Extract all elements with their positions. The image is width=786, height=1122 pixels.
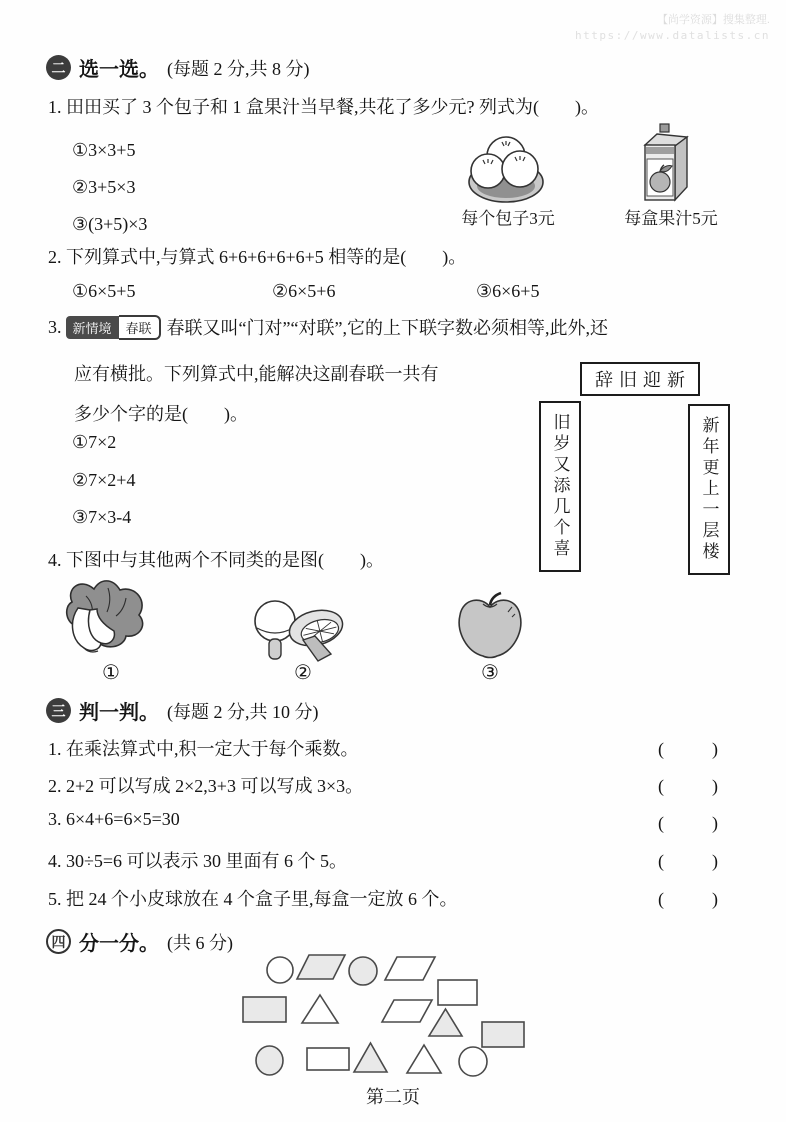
figure-shape-parallelogram bbox=[384, 956, 436, 981]
choice-q1-text: 1. 田田买了 3 个包子和 1 盒果汁当早餐,共花了多少元? 列式为( )。 bbox=[48, 93, 599, 119]
section-three-number-icon: 三 bbox=[46, 698, 71, 723]
worksheet-page: 【尚学资源】搜集整理. https://www.datalists.cn 二 选… bbox=[0, 0, 786, 1122]
choice-q1-option-1: ①3×3+5 bbox=[72, 140, 135, 161]
juice-box-illustration bbox=[636, 121, 696, 205]
watermark: 【尚学资源】搜集整理. https://www.datalists.cn bbox=[575, 12, 770, 44]
figure-shape-circle bbox=[348, 956, 378, 986]
watermark-source: 【尚学资源】搜集整理. bbox=[575, 12, 770, 28]
figure-shape-rect bbox=[306, 1047, 350, 1071]
section-judge-header: 三 判一判。 (每题 2 分,共 10 分) bbox=[46, 696, 319, 725]
section-two-number-icon: 二 bbox=[46, 55, 71, 80]
topic-badge: 春联 bbox=[119, 315, 161, 340]
figure-shape-triangle bbox=[406, 1044, 442, 1074]
choice-q3-option-2: ②7×2+4 bbox=[72, 470, 135, 491]
figure-shape-rect bbox=[242, 996, 287, 1023]
choice-q4-text: 4. 下图中与其他两个不同类的是图( )。 bbox=[48, 546, 384, 572]
section-sort-score: (共 6 分) bbox=[167, 929, 233, 955]
choice-q3-line1: 3. 新情境 春联 春联又叫“门对”“对联”,它的上下联字数必须相等,此外,还 bbox=[48, 314, 608, 340]
section-sort-header: 四 分一分。 (共 6 分) bbox=[46, 927, 233, 956]
couplet-horizontal-scroll: 辞旧迎新 bbox=[580, 362, 700, 396]
choice-q1-option-2: ②3+5×3 bbox=[72, 177, 135, 198]
couplet-right-line: 新年更上一层楼 bbox=[688, 404, 730, 575]
section-choice-header: 二 选一选。 (每题 2 分,共 8 分) bbox=[46, 53, 310, 82]
figure-shape-rect bbox=[481, 1021, 525, 1048]
judge-answer-bracket-5: ( ) bbox=[658, 885, 722, 911]
figure-shape-triangle bbox=[353, 1042, 388, 1073]
judge-answer-bracket-4: ( ) bbox=[658, 847, 722, 873]
section-judge-title: 判一判。 bbox=[79, 696, 159, 725]
section-four-number-icon: 四 bbox=[46, 929, 71, 954]
figure-shape-ellipse bbox=[458, 1046, 488, 1077]
judge-item-2: 2. 2+2 可以写成 2×2,3+3 可以写成 3×3。 bbox=[48, 772, 363, 798]
judge-answer-bracket-2: ( ) bbox=[658, 772, 722, 798]
mushrooms-illustration bbox=[248, 598, 350, 664]
section-choice-title: 选一选。 bbox=[79, 53, 159, 82]
cabbage-illustration bbox=[62, 576, 154, 660]
figure-shape-circle bbox=[266, 956, 294, 984]
bun-price-caption: 每个包子3元 bbox=[446, 204, 570, 229]
couplet-left-line: 旧岁又添几个喜 bbox=[539, 401, 581, 572]
page-number: 第二页 bbox=[0, 1083, 786, 1109]
choice-q3-option-1: ①7×2 bbox=[72, 432, 116, 453]
judge-item-3: 3. 6×4+6=6×5=30 bbox=[48, 809, 180, 830]
choice-q2-option-2: ②6×5+6 bbox=[272, 281, 335, 302]
judge-item-4: 4. 30÷5=6 可以表示 30 里面有 6 个 5。 bbox=[48, 847, 347, 873]
choice-q2-text: 2. 下列算式中,与算式 6+6+6+6+6+5 相等的是( )。 bbox=[48, 243, 466, 269]
new-context-badge: 新情境 bbox=[66, 316, 119, 339]
judge-answer-bracket-3: ( ) bbox=[658, 809, 722, 835]
section-choice-score: (每题 2 分,共 8 分) bbox=[167, 55, 310, 81]
section-sort-title: 分一分。 bbox=[79, 927, 159, 956]
choice-q2-option-1: ①6×5+5 bbox=[72, 281, 135, 302]
judge-item-5: 5. 把 24 个小皮球放在 4 个盒子里,每盒一定放 6 个。 bbox=[48, 885, 458, 911]
choice-q4-label-2: ② bbox=[288, 660, 318, 685]
figure-shape-triangle bbox=[301, 994, 339, 1024]
figure-shape-circle bbox=[255, 1045, 284, 1076]
steamed-buns-illustration bbox=[466, 130, 546, 206]
choice-q3-line1-text: 春联又叫“门对”“对联”,它的上下联字数必须相等,此外,还 bbox=[167, 314, 608, 340]
choice-q3-option-3: ③7×3-4 bbox=[72, 507, 131, 528]
choice-q1-option-3: ③(3+5)×3 bbox=[72, 214, 147, 235]
choice-q3-number: 3. bbox=[48, 317, 62, 338]
choice-q4-label-3: ③ bbox=[475, 660, 505, 685]
choice-q3-line3: 多少个字的是( )。 bbox=[74, 400, 248, 426]
choice-q3-line2: 应有横批。下列算式中,能解决这副春联一共有 bbox=[74, 360, 439, 386]
judge-item-1: 1. 在乘法算式中,积一定大于每个乘数。 bbox=[48, 735, 359, 761]
watermark-url: https://www.datalists.cn bbox=[575, 28, 770, 44]
figure-shape-parallelogram bbox=[296, 954, 346, 980]
figure-shape-triangle bbox=[428, 1008, 463, 1037]
figure-shape-parallelogram bbox=[381, 999, 433, 1023]
juice-price-caption: 每盒果汁5元 bbox=[606, 204, 736, 229]
judge-answer-bracket-1: ( ) bbox=[658, 735, 722, 761]
section-judge-score: (每题 2 分,共 10 分) bbox=[167, 698, 319, 724]
choice-q4-label-1: ① bbox=[96, 660, 126, 685]
choice-q2-option-3: ③6×6+5 bbox=[476, 281, 539, 302]
figure-shape-rect bbox=[437, 979, 478, 1006]
apple-illustration bbox=[452, 590, 528, 662]
